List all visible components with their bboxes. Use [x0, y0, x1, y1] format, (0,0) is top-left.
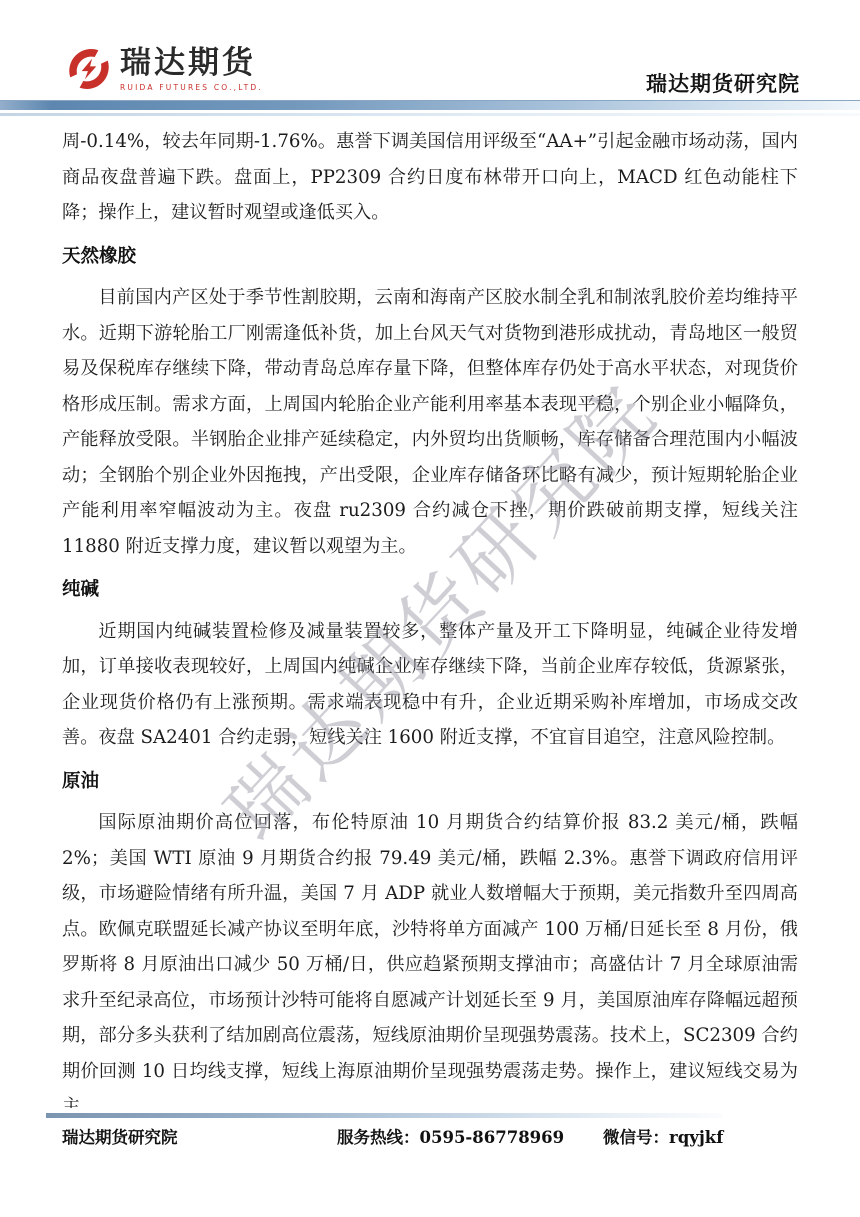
section-heading-soda-ash: 纯碱 — [62, 572, 798, 608]
section-heading-rubber: 天然橡胶 — [62, 239, 798, 275]
footer-hotline: 服务热线：0595-86778969 — [337, 1124, 564, 1148]
section-paragraph-soda-ash: 近期国内纯碱装置检修及减量装置较多，整体产量及开工下降明显，纯碱企业待发增加，订… — [62, 614, 798, 756]
header-divider-line — [0, 113, 860, 116]
report-page: 瑞达期货 RUIDA FUTURES CO.,LTD. 瑞达期货研究院 周-0.… — [0, 0, 860, 1217]
brand-subtext: RUIDA FUTURES CO.,LTD. — [120, 83, 263, 92]
section-paragraph-rubber: 目前国内产区处于季节性割胶期，云南和海南产区胶水制全乳和制浓乳胶价差均维持平水。… — [62, 280, 798, 564]
header-divider-bar — [0, 100, 860, 110]
footer-institute: 瑞达期货研究院 — [62, 1124, 178, 1148]
footer-wechat: 微信号：rqyjkf — [603, 1124, 723, 1148]
report-body: 周-0.14%，较去年同期-1.76%。惠誉下调美国信用评级至“AA+”引起金融… — [62, 124, 798, 1108]
brand-name: 瑞达期货 — [120, 44, 263, 82]
footer-divider-bar — [46, 1113, 722, 1118]
ruida-logo-icon — [64, 44, 114, 94]
page-footer: 瑞达期货研究院 服务热线：0595-86778969 微信号：rqyjkf — [0, 1124, 860, 1146]
header-title: 瑞达期货研究院 — [646, 68, 800, 98]
section-heading-crude-oil: 原油 — [62, 764, 798, 800]
brand-text-block: 瑞达期货 RUIDA FUTURES CO.,LTD. — [120, 44, 263, 92]
brand-logo: 瑞达期货 RUIDA FUTURES CO.,LTD. — [64, 44, 263, 94]
paragraph-continuation: 周-0.14%，较去年同期-1.76%。惠誉下调美国信用评级至“AA+”引起金融… — [62, 124, 798, 231]
page-header: 瑞达期货 RUIDA FUTURES CO.,LTD. 瑞达期货研究院 — [0, 0, 860, 100]
section-paragraph-crude-oil: 国际原油期价高位回落，布伦特原油 10 月期货合约结算价报 83.2 美元/桶，… — [62, 805, 798, 1108]
